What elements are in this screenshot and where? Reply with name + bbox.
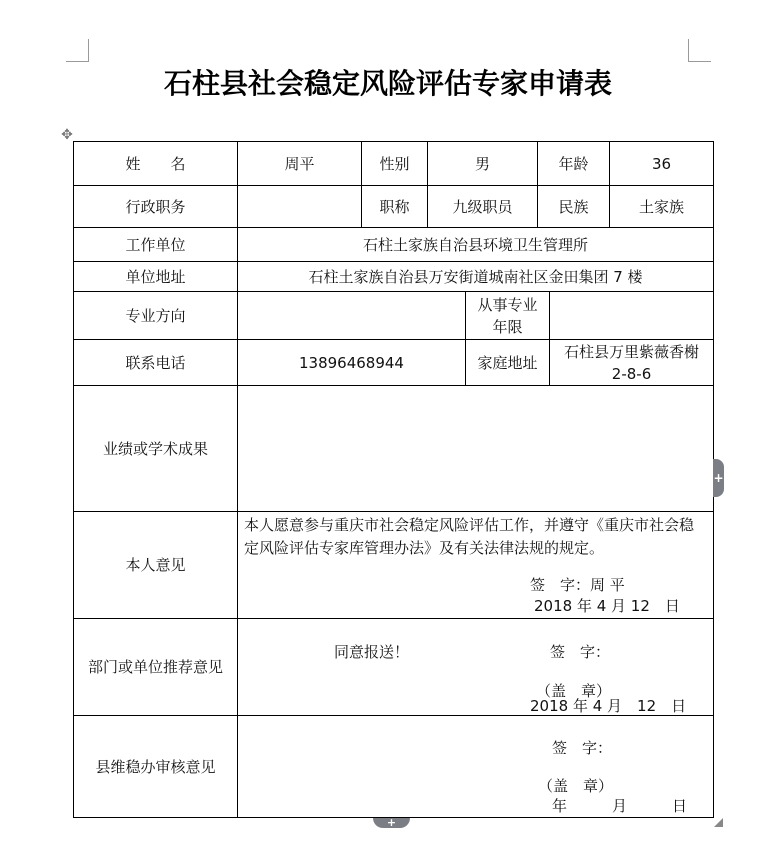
add-row-plus-icon[interactable]: + xyxy=(373,818,410,828)
county-seal: （盖 章） xyxy=(538,775,613,797)
table-row: 单位地址 石柱土家族自治县万安街道城南社区金田集团 7 楼 xyxy=(74,262,714,292)
table-row: 专业方向 从事专业 年限 xyxy=(74,292,714,340)
home-address-label: 家庭地址 xyxy=(466,340,550,386)
page-margin-corner-top-left xyxy=(66,39,89,62)
table-row: 本人意见 本人愿意参与重庆市社会稳定风险评估工作，并遵守《重庆市社会稳定风险评估… xyxy=(74,512,714,619)
unit-address-value[interactable]: 石柱土家族自治县万安街道城南社区金田集团 7 楼 xyxy=(238,262,714,292)
dept-opinion-text: 同意报送！ xyxy=(334,641,409,663)
ethnicity-value[interactable]: 土家族 xyxy=(610,186,714,228)
county-opinion-cell[interactable]: 签 字： （盖 章） 年 月 日 xyxy=(238,716,714,818)
table-row: 行政职务 职称 九级职员 民族 土家族 xyxy=(74,186,714,228)
personal-opinion-text: 本人愿意参与重庆市社会稳定风险评估工作，并遵守《重庆市社会稳定风险评估专家库管理… xyxy=(242,512,709,560)
admin-post-label: 行政职务 xyxy=(74,186,238,228)
table-row: 姓 名 周平 性别 男 年龄 36 xyxy=(74,142,714,186)
dept-opinion-cell[interactable]: 同意报送！ 签 字： （盖 章） 2018 年 4 月 12 日 xyxy=(238,619,714,716)
application-form-table: 姓 名 周平 性别 男 年龄 36 行政职务 职称 九级职员 民族 土家族 工作… xyxy=(73,141,714,818)
document-title: 石柱县社会稳定风险评估专家申请表 xyxy=(0,62,776,102)
ethnicity-label: 民族 xyxy=(538,186,610,228)
title-value[interactable]: 九级职员 xyxy=(428,186,538,228)
years-value[interactable] xyxy=(550,292,714,340)
home-address-value[interactable]: 石柱县万里紫薇香榭 2-8-6 xyxy=(550,340,714,386)
achievements-label: 业绩或学术成果 xyxy=(74,386,238,512)
county-date: 年 月 日 xyxy=(552,795,687,817)
resize-corner-icon[interactable] xyxy=(714,818,723,827)
title-label: 职称 xyxy=(362,186,428,228)
dept-date: 2018 年 4 月 12 日 xyxy=(530,695,686,717)
home-address-line1: 石柱县万里紫薇香榭 xyxy=(554,341,709,363)
personal-signature: 签 字：周 平 xyxy=(530,574,625,596)
age-label: 年龄 xyxy=(538,142,610,186)
home-address-line2: 2-8-6 xyxy=(554,363,709,385)
admin-post-value[interactable] xyxy=(238,186,362,228)
table-row: 业绩或学术成果 xyxy=(74,386,714,512)
name-value[interactable]: 周平 xyxy=(238,142,362,186)
personal-date: 2018 年 4 月 12 日 xyxy=(534,595,680,617)
personal-opinion-label: 本人意见 xyxy=(74,512,238,619)
phone-label: 联系电话 xyxy=(74,340,238,386)
gender-value[interactable]: 男 xyxy=(428,142,538,186)
specialty-label: 专业方向 xyxy=(74,292,238,340)
phone-value[interactable]: 13896468944 xyxy=(238,340,466,386)
age-value[interactable]: 36 xyxy=(610,142,714,186)
page-margin-corner-top-right xyxy=(688,39,711,62)
county-opinion-label: 县维稳办审核意见 xyxy=(74,716,238,818)
years-label-line2: 年限 xyxy=(470,316,545,338)
county-signature: 签 字： xyxy=(552,737,612,759)
personal-opinion-cell[interactable]: 本人愿意参与重庆市社会稳定风险评估工作，并遵守《重庆市社会稳定风险评估专家库管理… xyxy=(238,512,714,619)
workplace-value[interactable]: 石柱土家族自治县环境卫生管理所 xyxy=(238,228,714,262)
table-row: 县维稳办审核意见 签 字： （盖 章） 年 月 日 xyxy=(74,716,714,818)
specialty-value[interactable] xyxy=(238,292,466,340)
achievements-value[interactable] xyxy=(238,386,714,512)
dept-opinion-label: 部门或单位推荐意见 xyxy=(74,619,238,716)
table-row: 联系电话 13896468944 家庭地址 石柱县万里紫薇香榭 2-8-6 xyxy=(74,340,714,386)
gender-label: 性别 xyxy=(362,142,428,186)
dept-signature: 签 字： xyxy=(550,641,610,663)
add-column-plus-icon[interactable]: + xyxy=(713,459,724,497)
unit-address-label: 单位地址 xyxy=(74,262,238,292)
table-row: 工作单位 石柱土家族自治县环境卫生管理所 xyxy=(74,228,714,262)
years-label-line1: 从事专业 xyxy=(470,294,545,316)
workplace-label: 工作单位 xyxy=(74,228,238,262)
years-label: 从事专业 年限 xyxy=(466,292,550,340)
table-row: 部门或单位推荐意见 同意报送！ 签 字： （盖 章） 2018 年 4 月 12… xyxy=(74,619,714,716)
name-label: 姓 名 xyxy=(74,142,238,186)
